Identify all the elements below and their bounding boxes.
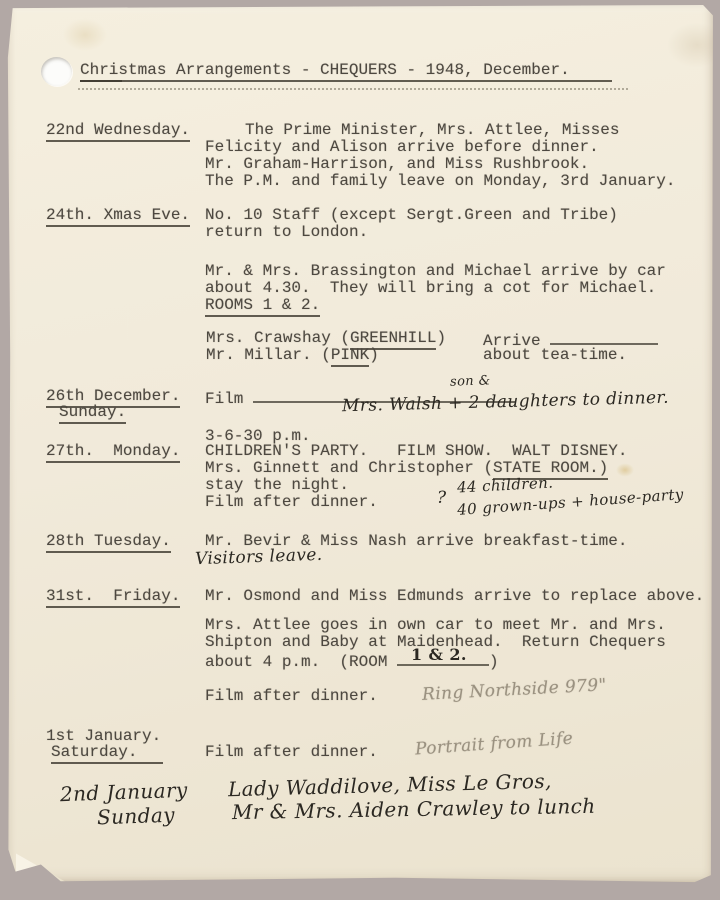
paper-corner-fold [16,851,66,882]
arrive-time: about tea-time. [483,347,627,364]
handwritten-question-mark: ? [437,488,447,508]
entry-date-dec24-text: 24th. Xmas Eve. [46,206,190,227]
entry-line: about 4.30. They will bring a cot for Mi… [205,280,656,297]
entry-day-dec26: Sunday. [59,404,126,421]
entry-date-dec27-text: 27th. Monday. [46,442,180,463]
entry-date-dec24: 24th. Xmas Eve. [46,207,190,224]
title-underline-dots [78,88,628,90]
entry-line: Mrs. Attlee goes in own car to meet Mr. … [205,617,666,634]
entry-line: return to London. [205,224,368,241]
guest-name: Mr. Millar. ( [206,346,331,364]
entry-date-dec22-text: 22nd Wednesday. [46,121,190,142]
scanned-page-backdrop: Christmas Arrangements - CHEQUERS - 1948… [0,0,720,900]
handwritten-note-dec28: Visitors leave. [195,545,323,569]
entry-line: Mr. Graham-Harrison, and Miss Rushbrook. [205,156,589,173]
entry-line: Felicity and Alison arrive before dinner… [205,139,599,156]
entry-date-dec31-text: 31st. Friday. [46,587,180,608]
entry-date-dec22: 22nd Wednesday. [46,122,190,139]
room-prefix: about 4 p.m. (ROOM [205,653,397,671]
hole-punch [41,57,72,86]
entry-line: CHILDREN'S PARTY. FILM SHOW. WALT DISNEY… [205,443,627,460]
entry-date-dec28-text: 28th Tuesday. [46,532,171,553]
entry-line-rooms: ROOMS 1 & 2. [205,297,320,314]
page-title: Christmas Arrangements - CHEQUERS - 1948… [80,62,612,79]
handwritten-day-jan2: Sunday [97,803,176,830]
guest-line-crawshay: Mrs. Crawshay (GREENHILL) [206,330,446,347]
handwritten-insertion: son & [450,373,491,389]
handwritten-guests-line2: Mr & Mrs. Aiden Crawley to lunch [232,794,596,824]
guest-line-millar: Mr. Millar. (PINK) [206,347,379,364]
entry-day-jan1: Saturday. [51,744,163,761]
entry-line: Film after dinner. [205,744,378,761]
entry-line: Film after dinner. [205,688,378,705]
paren: ) [369,346,379,364]
entry-line: The Prime Minister, Mrs. Attlee, Misses [245,122,619,139]
pencil-note-dec31: Ring Northside 979" [422,675,608,705]
entry-line: Mr. & Mrs. Brassington and Michael arriv… [205,263,666,280]
entry-day-jan1-text: Saturday. [51,743,163,764]
handwritten-count-children: 44 children. [457,473,554,496]
entry-line: No. 10 Staff (except Sergt.Green and Tri… [205,207,618,224]
entry-line: stay the night. [205,477,349,494]
paren: ) [489,653,499,671]
typewritten-memo-sheet: Christmas Arrangements - CHEQUERS - 1948… [7,5,713,883]
entry-date-dec31: 31st. Friday. [46,588,180,605]
pencil-note-jan1: Portrait from Life [414,729,573,760]
rooms-label: ROOMS 1 & 2. [205,296,320,317]
paren: ) [436,329,446,347]
paren: ) [599,459,609,477]
blank-fill-in-line [550,330,658,345]
guest-name: Mrs. Ginnett and Christopher ( [205,459,493,477]
entry-line: Film after dinner. [205,494,378,511]
entry-day-dec26-text: Sunday. [59,403,126,424]
guest-name: Mrs. Crawshay ( [206,329,350,347]
film-label: Film [205,390,253,408]
page-title-text: Christmas Arrangements - CHEQUERS - 1948… [80,61,612,82]
entry-date-dec28: 28th Tuesday. [46,533,171,550]
room-name: PINK [331,346,369,367]
entry-line: The P.M. and family leave on Monday, 3rd… [205,173,675,190]
entry-line: Mr. Osmond and Miss Edmunds arrive to re… [205,588,704,605]
entry-date-dec27: 27th. Monday. [46,443,180,460]
handwritten-room-number: 1 & 2. [411,645,467,664]
